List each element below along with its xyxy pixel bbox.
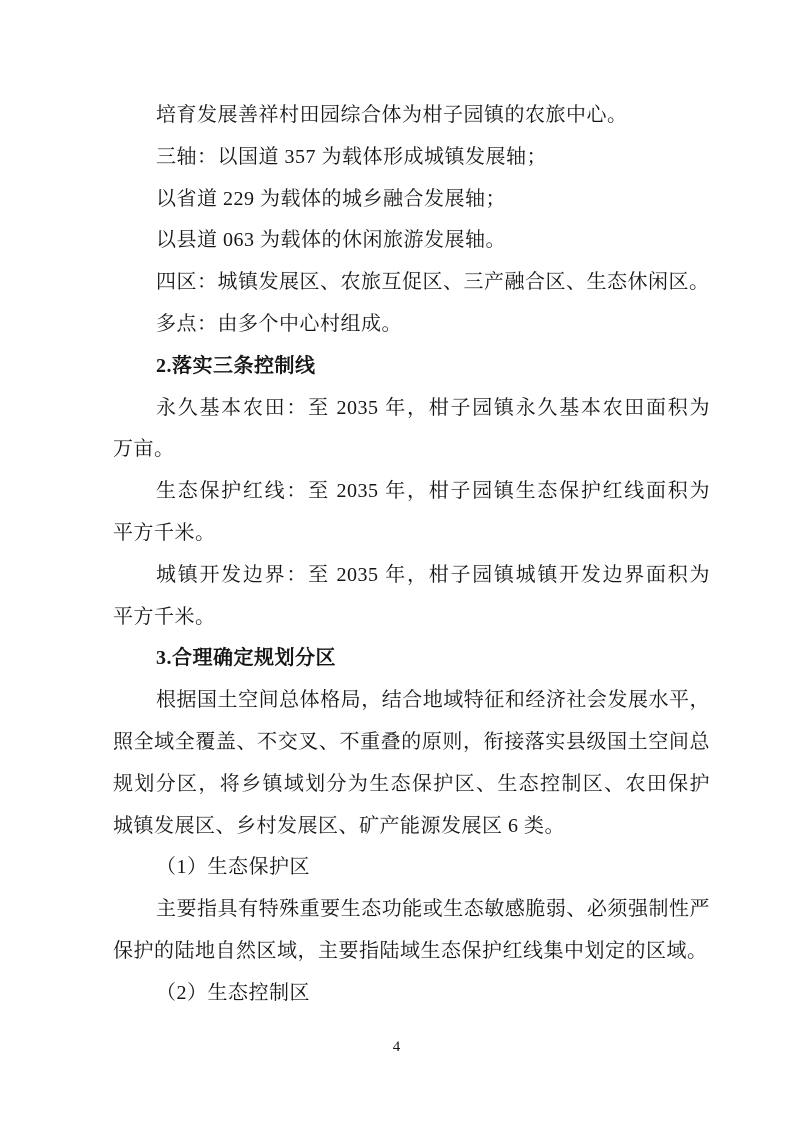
document-line: 主要指具有特殊重要生态功能或生态敏感脆弱、必须强制性严格: [113, 889, 710, 931]
document-body: 培育发展善祥村田园综合体为柑子园镇的农旅中心。三轴：以国道 357 为载体形成城…: [113, 95, 710, 1015]
document-line: 以县道 063 为载体的休闲旅游发展轴。: [113, 220, 710, 262]
document-line: 生态保护红线：至 2035 年，柑子园镇生态保护红线面积为 10.08: [113, 471, 710, 513]
document-line: （1）生态保护区: [113, 847, 710, 889]
document-line: 规划分区，将乡镇域划分为生态保护区、生态控制区、农田保护区、: [113, 764, 710, 806]
document-line: 多点：由多个中心村组成。: [113, 304, 710, 346]
document-line: 城镇发展区、乡村发展区、矿产能源发展区 6 类。: [113, 806, 710, 848]
page-number: 4: [0, 1036, 793, 1058]
document-line: 永久基本农田：至 2035 年，柑子园镇永久基本农田面积为 2.3: [113, 388, 710, 430]
document-heading-line: 2.落实三条控制线: [113, 346, 710, 388]
document-line: 根据国土空间总体格局，结合地域特征和经济社会发展水平，按: [113, 680, 710, 722]
document-line: 平方千米。: [113, 597, 710, 639]
document-line: 三轴：以国道 357 为载体形成城镇发展轴；: [113, 137, 710, 179]
document-page: 培育发展善祥村田园综合体为柑子园镇的农旅中心。三轴：以国道 357 为载体形成城…: [0, 0, 793, 1122]
document-line: 万亩。: [113, 429, 710, 471]
document-line: 保护的陆地自然区域，主要指陆域生态保护红线集中划定的区域。: [113, 931, 710, 973]
document-line: 照全域全覆盖、不交叉、不重叠的原则，衔接落实县级国土空间总体: [113, 722, 710, 764]
document-heading-line: 3.合理确定规划分区: [113, 638, 710, 680]
document-line: 培育发展善祥村田园综合体为柑子园镇的农旅中心。: [113, 95, 710, 137]
document-line: 四区：城镇发展区、农旅互促区、三产融合区、生态休闲区。: [113, 262, 710, 304]
document-line: 以省道 229 为载体的城乡融合发展轴；: [113, 179, 710, 221]
document-line: （2）生态控制区: [113, 973, 710, 1015]
document-line: 平方千米。: [113, 513, 710, 555]
document-line: 城镇开发边界：至 2035 年，柑子园镇城镇开发边界面积为 0.27: [113, 555, 710, 597]
